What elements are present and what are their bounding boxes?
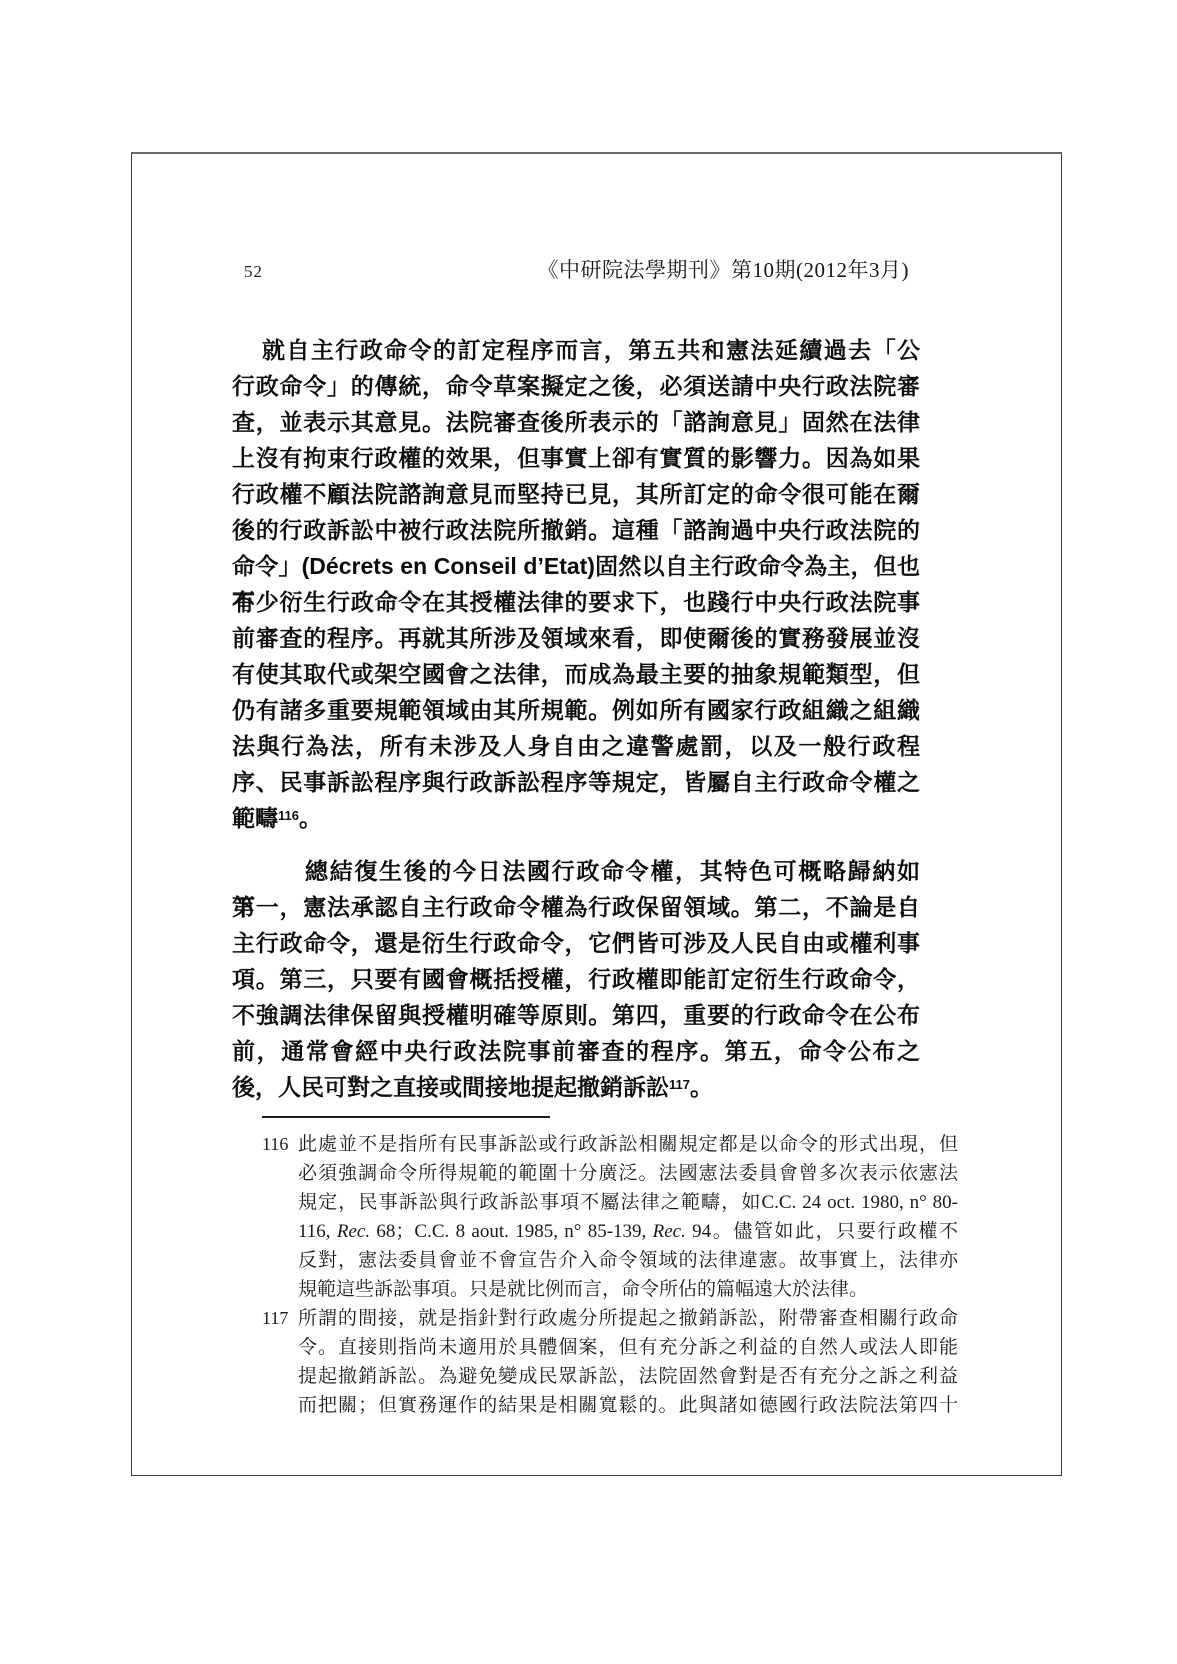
footnote-number: 116 bbox=[262, 1130, 298, 1304]
text-line: 行政命令」的傳統，命令草案擬定之後，必須送請中央行政法院審 bbox=[232, 368, 920, 404]
text-line: 令。直接則指尚未適用於具體個案，但有充分訴之利益的自然人或法人即能 bbox=[298, 1333, 958, 1362]
text-run: 116, bbox=[298, 1221, 337, 1242]
text-line: 而把關；但實務運作的結果是相關寬鬆的。此與諸如德國行政法院法第四十 bbox=[298, 1391, 958, 1420]
text-run: 序、民事訴訟程序與行政訴訟程序等規定，皆屬自主行政命令權之 bbox=[232, 769, 920, 795]
text-line: 主行政命令，還是衍生行政命令，它們皆可涉及人民自由或權利事 bbox=[232, 925, 920, 961]
text-run: 。 bbox=[299, 805, 322, 831]
body-paragraphs: 就自主行政命令的訂定程序而言，第五共和憲法延續過去「公行政命令」的傳統，命令草案… bbox=[232, 332, 920, 1105]
text-line: 範疇116。 bbox=[232, 800, 920, 836]
text-line: 提起撤銷訴訟。為避免變成民眾訴訟，法院固然會對是否有充分之訴之利益 bbox=[298, 1362, 958, 1391]
text-line: 第一，憲法承認自主行政命令權為行政保留領域。第二，不論是自 bbox=[232, 889, 920, 925]
text-run: 後，人民可對之直接或間接地提起撤銷訴訟 bbox=[232, 1074, 669, 1100]
text-run: 主行政命令，還是衍生行政命令，它們皆可涉及人民自由或權利事 bbox=[232, 930, 920, 956]
footnote-text: 所謂的間接，就是指針對行政處分所提起之撤銷訴訟，附帶審查相關行政命令。直接則指尚… bbox=[298, 1304, 958, 1420]
text-run: 規定，民事訴訟與行政訴訟事項不屬法律之範疇，如C.C. 24 oct. 1980… bbox=[298, 1192, 958, 1213]
text-line: 不少衍生行政命令在其授權法律的要求下，也踐行中央行政法院事 bbox=[232, 584, 920, 620]
scanned-page: 52 《中研院法學期刊》第10期(2012年3月) 就自主行政命令的訂定程序而言… bbox=[0, 0, 1177, 1664]
text-run: 此處並不是指所有民事訴訟或行政訴訟相關規定都是以命令的形式出現，但 bbox=[298, 1134, 958, 1155]
text-run: 前審查的程序。再就其所涉及領域來看，即使爾後的實務發展並沒 bbox=[232, 625, 920, 651]
text-line: 法與行為法，所有未涉及人身自由之違警處罰，以及一般行政程 bbox=[232, 728, 920, 764]
text-line: 序、民事訴訟程序與行政訴訟程序等規定，皆屬自主行政命令權之 bbox=[232, 764, 920, 800]
text-run: 反對，憲法委員會並不會宣告介入命令領域的法律違憲。故事實上，法律亦 bbox=[298, 1250, 958, 1271]
footnote-item: 116此處並不是指所有民事訴訟或行政訴訟相關規定都是以命令的形式出現，但必須強調… bbox=[262, 1130, 958, 1304]
text-line: 有使其取代或架空國會之法律，而成為最主要的抽象規範類型，但 bbox=[232, 656, 920, 692]
text-run: 行政權不顧法院諮詢意見而堅持已見，其所訂定的命令很可能在爾 bbox=[232, 481, 920, 507]
text-run: 第一，憲法承認自主行政命令權為行政保留領域。第二，不論是自 bbox=[232, 894, 920, 920]
text-line: 前審查的程序。再就其所涉及領域來看，即使爾後的實務發展並沒 bbox=[232, 620, 920, 656]
text-run: 就自主行政命令的訂定程序而言，第五共和憲法延續過去「公 bbox=[262, 337, 920, 363]
text-run: 94。儘管如此，只要行政權不 bbox=[686, 1221, 958, 1242]
text-run: 而把關；但實務運作的結果是相關寬鬆的。此與諸如德國行政法院法第四十 bbox=[298, 1395, 958, 1416]
text-line: 必須強調命令所得規範的範圍十分廣泛。法國憲法委員會曾多次表示依憲法 bbox=[298, 1159, 958, 1188]
text-run: 查，並表示其意見。法院審查後所表示的「諮詢意見」固然在法律 bbox=[232, 409, 920, 435]
text-line: 行政權不顧法院諮詢意見而堅持已見，其所訂定的命令很可能在爾 bbox=[232, 476, 920, 512]
footnote-text: 此處並不是指所有民事訴訟或行政訴訟相關規定都是以命令的形式出現，但必須強調命令所… bbox=[298, 1130, 958, 1304]
running-header: 52 《中研院法學期刊》第10期(2012年3月) bbox=[244, 254, 909, 284]
text-run: 不強調法律保留與授權明確等原則。第四，重要的行政命令在公布 bbox=[232, 1002, 920, 1028]
text-line: 不強調法律保留與授權明確等原則。第四，重要的行政命令在公布 bbox=[232, 997, 920, 1033]
page-border: 52 《中研院法學期刊》第10期(2012年3月) 就自主行政命令的訂定程序而言… bbox=[131, 152, 1062, 1476]
paragraph: 就自主行政命令的訂定程序而言，第五共和憲法延續過去「公行政命令」的傳統，命令草案… bbox=[232, 332, 920, 836]
footnote-item: 117所謂的間接，就是指針對行政處分所提起之撤銷訴訟，附帶審查相關行政命令。直接… bbox=[262, 1304, 958, 1420]
text-run: 有使其取代或架空國會之法律，而成為最主要的抽象規範類型，但 bbox=[232, 661, 920, 687]
text-line: 查，並表示其意見。法院審查後所表示的「諮詢意見」固然在法律 bbox=[232, 404, 920, 440]
paragraph: 總結復生後的今日法國行政命令權，其特色可概略歸納如下：第一，憲法承認自主行政命令… bbox=[232, 853, 920, 1105]
text-line: 所謂的間接，就是指針對行政處分所提起之撤銷訴訟，附帶審查相關行政命 bbox=[298, 1304, 958, 1333]
text-run: 提起撤銷訴訟。為避免變成民眾訴訟，法院固然會對是否有充分之訴之利益 bbox=[298, 1366, 958, 1387]
text-run: 項。第三，只要有國會概括授權，行政權即能訂定衍生行政命令， bbox=[232, 966, 920, 992]
text-run: 必須強調命令所得規範的範圍十分廣泛。法國憲法委員會曾多次表示依憲法 bbox=[298, 1163, 958, 1184]
text-run: 行政命令」的傳統，命令草案擬定之後，必須送請中央行政法院審 bbox=[232, 373, 920, 399]
text-line: 116, Rec. 68；C.C. 8 aout. 1985, n° 85-13… bbox=[298, 1217, 958, 1246]
footnote-reference: 116 bbox=[278, 808, 299, 823]
text-run: 法與行為法，所有未涉及人身自由之違警處罰，以及一般行政程 bbox=[232, 733, 920, 759]
text-run: 令。直接則指尚未適用於具體個案，但有充分訴之利益的自然人或法人即能 bbox=[298, 1337, 958, 1358]
text-run: 前，通常會經中央行政法院事前審查的程序。第五，命令公布之 bbox=[232, 1038, 920, 1064]
journal-title: 《中研院法學期刊》第10期(2012年3月) bbox=[538, 254, 910, 284]
text-line: 總結復生後的今日法國行政命令權，其特色可概略歸納如下： bbox=[232, 853, 920, 889]
text-line: 此處並不是指所有民事訴訟或行政訴訟相關規定都是以命令的形式出現，但 bbox=[298, 1130, 958, 1159]
text-line: 項。第三，只要有國會概括授權，行政權即能訂定衍生行政命令， bbox=[232, 961, 920, 997]
page-number: 52 bbox=[244, 262, 263, 282]
text-run: 所謂的間接，就是指針對行政處分所提起之撤銷訴訟，附帶審查相關行政命 bbox=[298, 1308, 958, 1329]
text-run: Rec. bbox=[653, 1221, 686, 1242]
text-line: 規範這些訴訟事項。只是就比例而言，命令所佔的篇幅遠大於法律。 bbox=[298, 1275, 958, 1304]
text-line: 反對，憲法委員會並不會宣告介入命令領域的法律違憲。故事實上，法律亦 bbox=[298, 1246, 958, 1275]
text-run: 上沒有拘束行政權的效果，但事實上卻有實質的影響力。因為如果 bbox=[232, 445, 920, 471]
text-run: 規範這些訴訟事項。只是就比例而言，命令所佔的篇幅遠大於法律。 bbox=[298, 1279, 868, 1300]
footnote-separator bbox=[262, 1116, 550, 1118]
text-line: 命令」(Décrets en Conseil d’Etat)固然以自主行政命令為… bbox=[232, 548, 920, 584]
text-run: 仍有諸多重要規範領域由其所規範。例如所有國家行政組織之組織 bbox=[232, 697, 920, 723]
text-run: 不少衍生行政命令在其授權法律的要求下，也踐行中央行政法院事 bbox=[232, 589, 920, 615]
text-line: 後，人民可對之直接或間接地提起撤銷訴訟117。 bbox=[232, 1069, 920, 1105]
footnote-reference: 117 bbox=[669, 1077, 690, 1092]
text-run: 後的行政訴訟中被行政法院所撤銷。這種「諮詢過中央行政法院的 bbox=[232, 517, 920, 543]
text-line: 仍有諸多重要規範領域由其所規範。例如所有國家行政組織之組織 bbox=[232, 692, 920, 728]
text-line: 前，通常會經中央行政法院事前審查的程序。第五，命令公布之 bbox=[232, 1033, 920, 1069]
text-line: 就自主行政命令的訂定程序而言，第五共和憲法延續過去「公 bbox=[232, 332, 920, 368]
text-run: 範疇 bbox=[232, 805, 278, 831]
text-run: Rec. bbox=[337, 1221, 370, 1242]
text-run: 。 bbox=[690, 1074, 713, 1100]
text-line: 規定，民事訴訟與行政訴訟事項不屬法律之範疇，如C.C. 24 oct. 1980… bbox=[298, 1188, 958, 1217]
text-run: 68；C.C. 8 aout. 1985, n° 85-139, bbox=[370, 1221, 652, 1242]
footnote-number: 117 bbox=[262, 1304, 298, 1420]
footnotes: 116此處並不是指所有民事訴訟或行政訴訟相關規定都是以命令的形式出現，但必須強調… bbox=[262, 1130, 958, 1420]
text-line: 後的行政訴訟中被行政法院所撤銷。這種「諮詢過中央行政法院的 bbox=[232, 512, 920, 548]
text-line: 上沒有拘束行政權的效果，但事實上卻有實質的影響力。因為如果 bbox=[232, 440, 920, 476]
